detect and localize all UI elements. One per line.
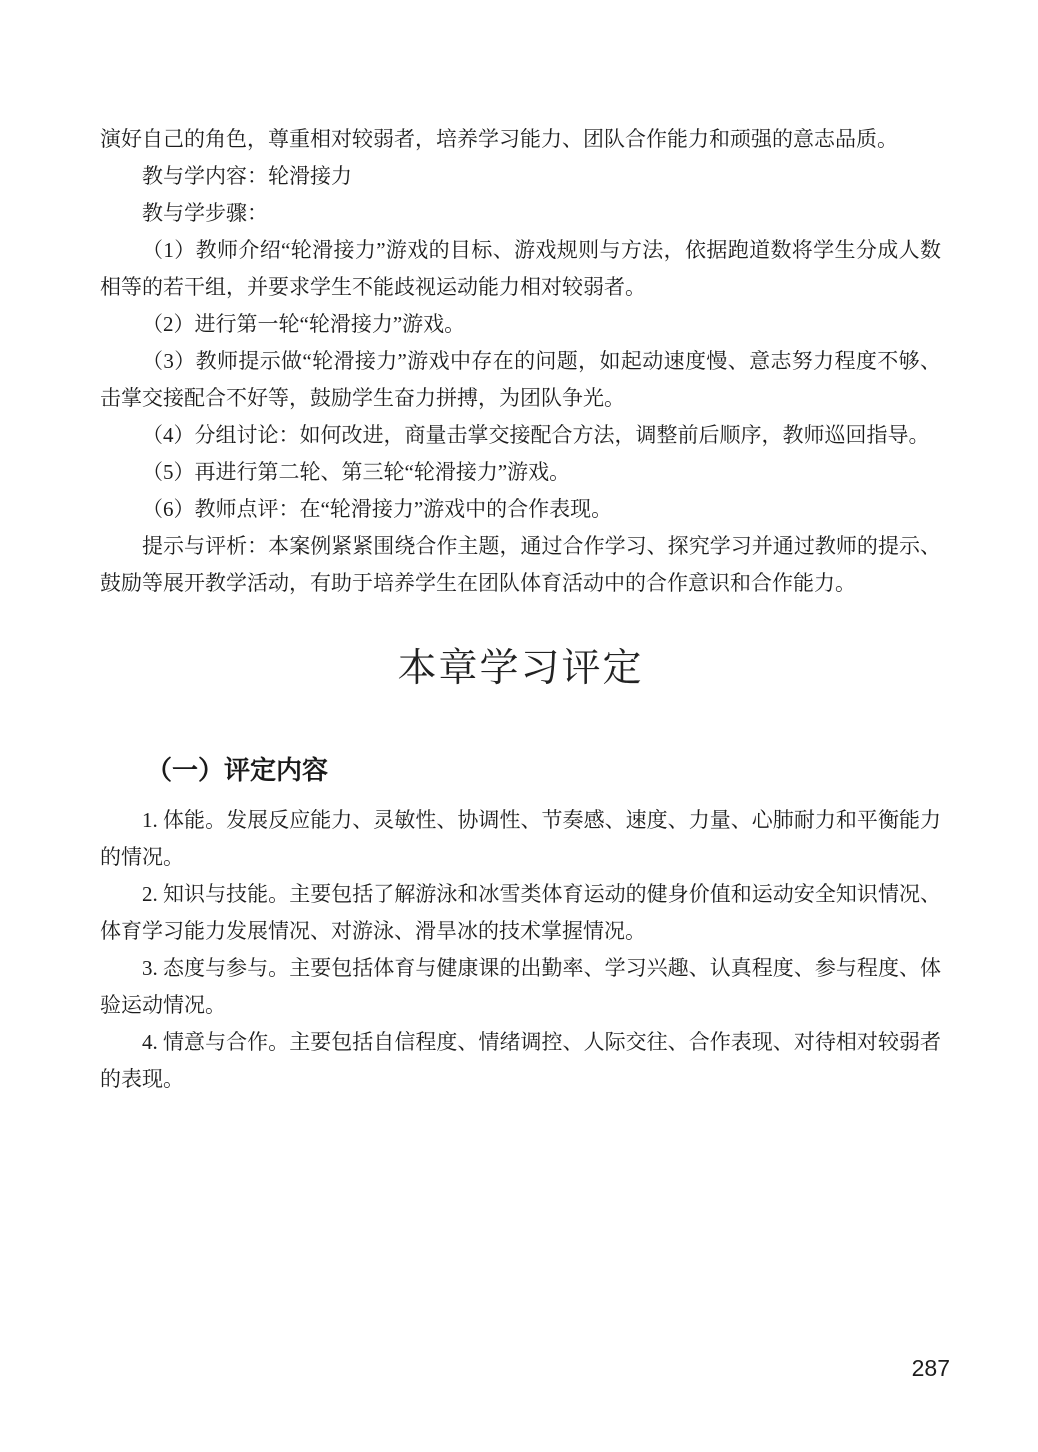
paragraph-teaching-steps-label: 教与学步骤： [100,195,941,232]
section-heading: （一）评定内容 [100,754,941,788]
paragraph-step-2: （2）进行第一轮“轮滑接力”游戏。 [100,306,941,343]
page-content: 演好自己的角色，尊重相对较弱者，培养学习能力、团队合作能力和顽强的意志品质。 教… [0,0,1038,1098]
list-item-attitude-participation: 3. 态度与参与。主要包括体育与健康课的出勤率、学习兴趣、认真程度、参与程度、体… [100,950,941,1024]
paragraph-step-6: （6）教师点评：在“轮滑接力”游戏中的合作表现。 [100,491,941,528]
paragraph-continuation: 演好自己的角色，尊重相对较弱者，培养学习能力、团队合作能力和顽强的意志品质。 [100,121,941,158]
paragraph-tips-analysis: 提示与评析：本案例紧紧围绕合作主题，通过合作学习、探究学习并通过教师的提示、鼓励… [100,528,941,602]
list-item-emotion-cooperation: 4. 情意与合作。主要包括自信程度、情绪调控、人际交往、合作表现、对待相对较弱者… [100,1024,941,1098]
paragraph-step-1: （1）教师介绍“轮滑接力”游戏的目标、游戏规则与方法，依据跑道数将学生分成人数相… [100,232,941,306]
chapter-heading: 本章学习评定 [100,646,941,692]
paragraph-teaching-content: 教与学内容：轮滑接力 [100,158,941,195]
paragraph-step-5: （5）再进行第二轮、第三轮“轮滑接力”游戏。 [100,454,941,491]
paragraph-step-4: （4）分组讨论：如何改进，商量击掌交接配合方法，调整前后顺序，教师巡回指导。 [100,417,941,454]
page-number: 287 [912,1355,950,1382]
textbook-page: 演好自己的角色，尊重相对较弱者，培养学习能力、团队合作能力和顽强的意志品质。 教… [0,0,1038,1452]
paragraph-step-3: （3）教师提示做“轮滑接力”游戏中存在的问题，如起动速度慢、意志努力程度不够、击… [100,343,941,417]
list-item-physical-fitness: 1. 体能。发展反应能力、灵敏性、协调性、节奏感、速度、力量、心肺耐力和平衡能力… [100,802,941,876]
list-item-knowledge-skills: 2. 知识与技能。主要包括了解游泳和冰雪类体育运动的健身价值和运动安全知识情况、… [100,876,941,950]
